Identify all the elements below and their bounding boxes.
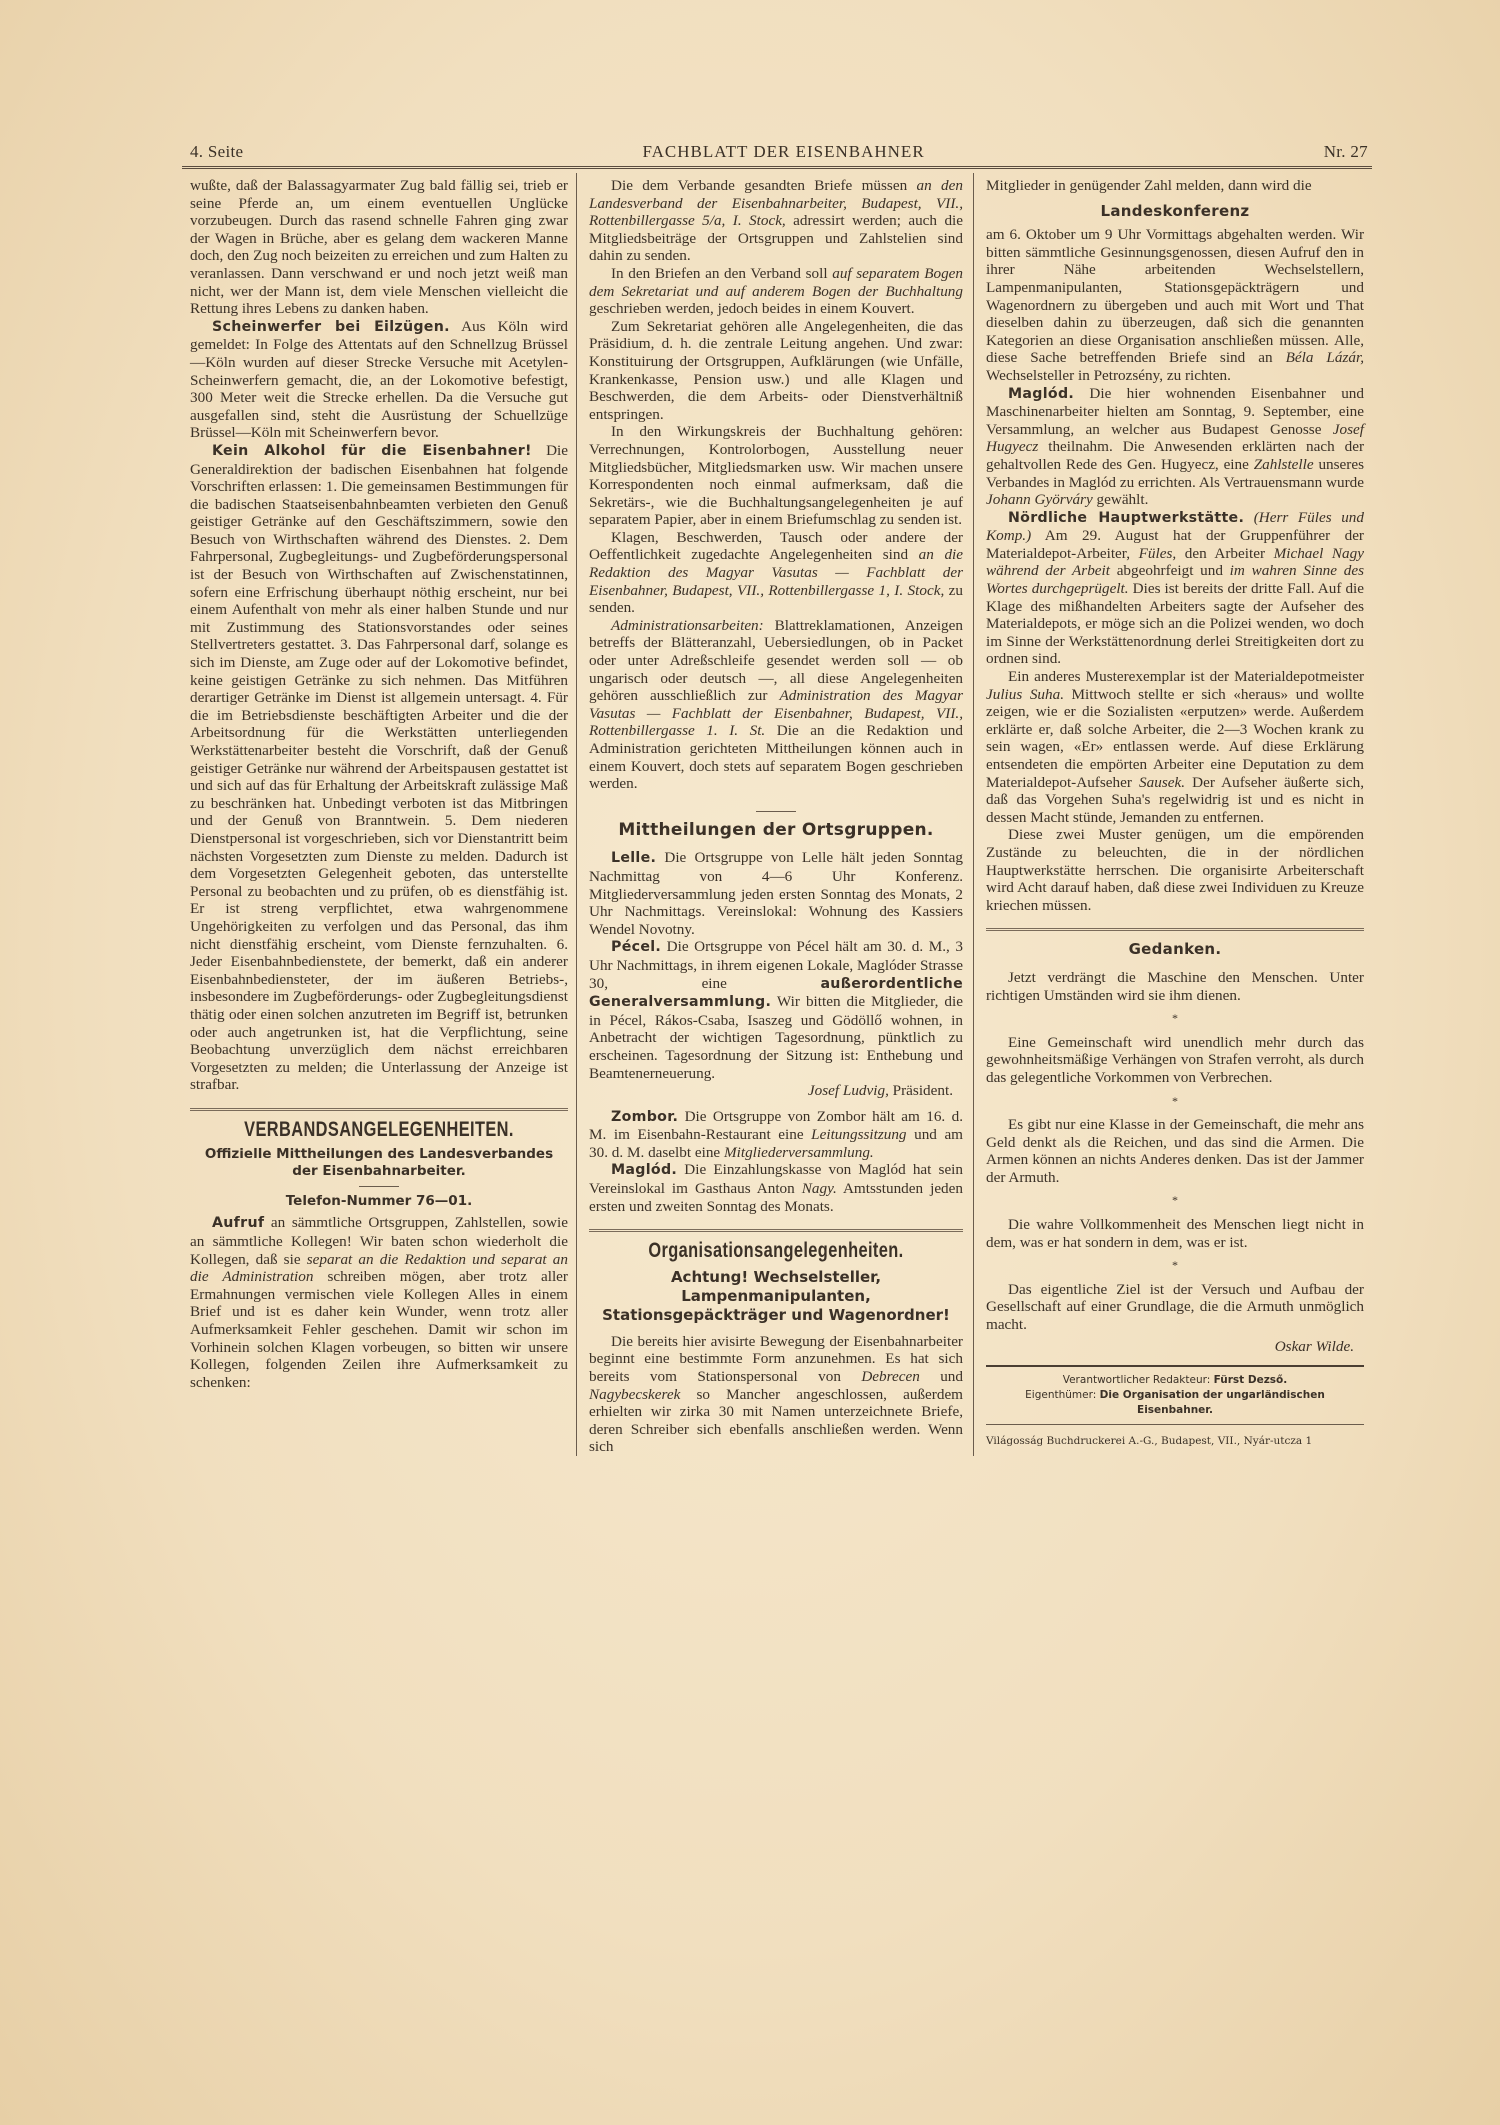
paragraph: Mitglieder in genügender Zahl melden, da… [986,177,1364,195]
item-lelle: Lelle. Die Ortsgruppe von Lelle hält jed… [589,849,963,938]
heading-gedanken: Gedanken. [986,941,1364,959]
column-right: Mitglieder in genügender Zahl melden, da… [974,173,1372,1456]
printer-line: Világosság Buchdruckerei A.-G., Budapest… [986,1433,1364,1451]
quote-author: Oskar Wilde. [986,1338,1364,1356]
issue-number: Nr. 27 [1324,142,1368,162]
thought: Das eigentliche Ziel ist der Versuch und… [986,1281,1364,1334]
section-title-organisation: Organisationsangelegenheiten. [630,1242,922,1260]
imprint-divider [986,1365,1364,1367]
paragraph: Ein anderes Musterexemplar ist der Mater… [986,668,1364,826]
article-headline: Scheinwerfer bei Eilzügen. [212,319,450,335]
paragraph: Administrationsarbeiten: Blattreklamatio… [589,617,963,793]
paragraph: In den Wirkungskreis der Buchhaltung geh… [589,423,963,529]
article-aufruf: Aufruf an sämmtliche Ortsgruppen, Zahlst… [190,1214,568,1391]
section-subtitle: Achtung! Wechselsteller, Lampenmanipulan… [589,1268,963,1325]
imprint: Verantwortlicher Redakteur: Fürst Dezső.… [986,1373,1364,1418]
column-left: wußte, daß der Balassagyarmater Zug bald… [182,173,576,1456]
paragraph: Die dem Verbande gesandten Briefe müssen… [589,177,963,265]
section-divider [190,1108,568,1111]
thought: Die wahre Vollkommenheit des Menschen li… [986,1216,1364,1251]
paragraph: Klagen, Beschwerden, Tausch oder andere … [589,529,963,617]
item-maglod: Maglód. Die hier wohnenden Eisenbahner u… [986,385,1364,509]
page-number: 4. Seite [190,142,243,162]
item-pecel: Pécel. Die Ortsgruppe von Pécel hält am … [589,938,963,1082]
paragraph: am 6. Oktober um 9 Uhr Vormittags abgeha… [986,226,1364,384]
article-headline: Kein Alkohol für die Eisenbahner! [212,443,532,459]
asterisk-divider: * [986,1010,1364,1028]
imprint-divider [986,1424,1364,1425]
thought: Eine Gemeinschaft wird unendlich mehr du… [986,1034,1364,1087]
thought: Jetzt verdrängt die Maschine den Mensche… [986,969,1364,1004]
short-divider [756,811,796,812]
running-head: 4. Seite FACHBLATT DER EISENBAHNER Nr. 2… [182,140,1372,169]
item-maglod: Maglód. Die Einzahlungskasse von Maglód … [589,1161,963,1215]
telephone-number: Telefon-Nummer 76—01. [190,1193,568,1210]
paragraph: In den Briefen an den Verband soll auf s… [589,265,963,318]
paragraph: Zum Sekretariat gehören alle Angelegenhe… [589,318,963,424]
paragraph: Die bereits hier avisirte Bewegung der E… [589,1333,963,1456]
item-nordliche-hauptwerkstatte: Nördliche Hauptwerkstätte. (Herr Füles u… [986,509,1364,668]
short-divider [359,1186,399,1187]
column-middle: Die dem Verbande gesandten Briefe müssen… [576,173,974,1456]
asterisk-divider: * [986,1192,1364,1210]
article-scheinwerfer: Scheinwerfer bei Eilzügen. Aus Köln wird… [190,318,568,442]
item-zombor: Zombor. Die Ortsgruppe von Zombor hält a… [589,1108,963,1162]
section-subtitle: Offizielle Mittheilungen des Landesverba… [190,1146,568,1180]
section-title-verbandsangelegenheiten: VERBANDSANGELEGENHEITEN. [232,1121,527,1139]
heading-landeskonferenz: Landeskonferenz [986,203,1364,221]
article-continuation: wußte, daß der Balassagyarmater Zug bald… [190,177,568,318]
article-headline: Aufruf [212,1215,264,1231]
section-divider [986,928,1364,931]
section-divider [589,1229,963,1232]
thought: Es gibt nur eine Klasse in der Gemeinsch… [986,1116,1364,1186]
signature: Josef Ludvig, Präsident. [589,1082,963,1100]
paragraph: Diese zwei Muster genügen, um die empöre… [986,826,1364,914]
newspaper-page: 4. Seite FACHBLATT DER EISENBAHNER Nr. 2… [182,140,1372,1456]
section-title-ortsgruppen: Mittheilungen der Ortsgruppen. [589,822,963,840]
article-kein-alkohol: Kein Alkohol für die Eisenbahner! Die Ge… [190,442,568,1094]
publication-title: FACHBLATT DER EISENBAHNER [642,142,924,162]
asterisk-divider: * [986,1257,1364,1275]
asterisk-divider: * [986,1093,1364,1111]
